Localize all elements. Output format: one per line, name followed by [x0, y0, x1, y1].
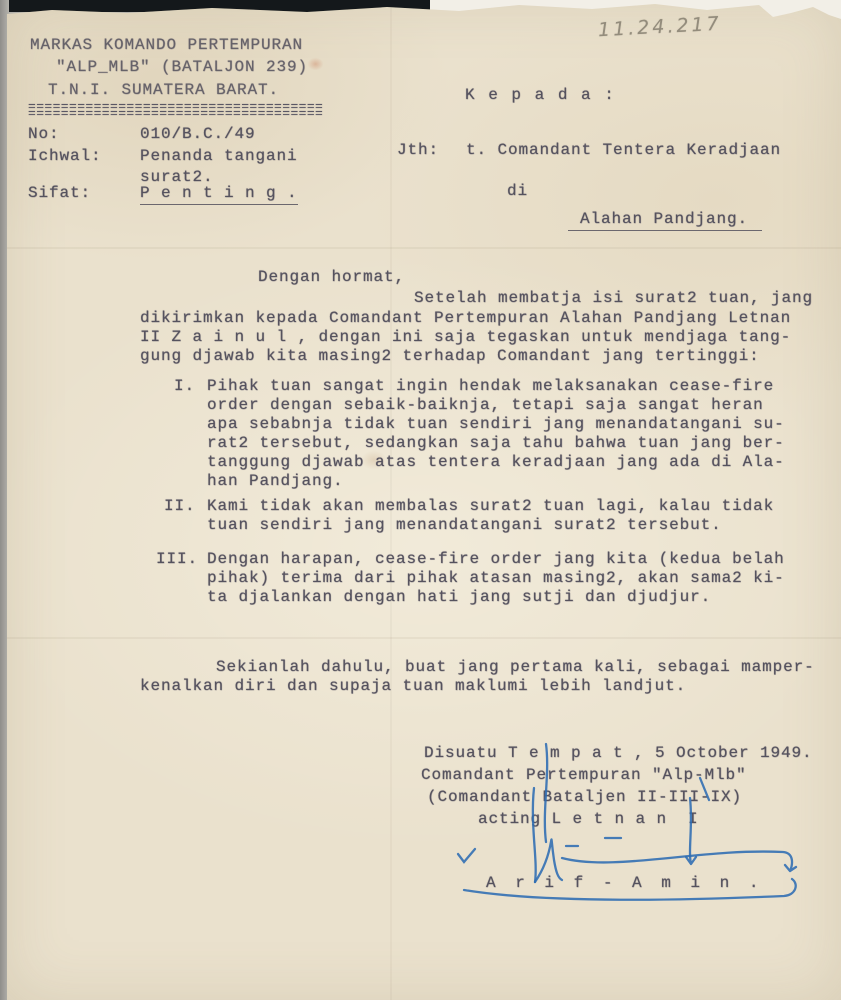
body-line: order dengan sebaik-baiknja, tetapi saja… — [207, 396, 764, 415]
point-numeral: I. — [174, 377, 195, 396]
body-line: ta djalankan dengan hati jang sutji dan … — [207, 588, 711, 607]
body-line: Dengan harapan, cease-fire order jang ki… — [207, 550, 785, 569]
body-line: han Pandjang. — [207, 472, 344, 491]
body-line: gung djawab kita masing2 terhadap Comand… — [140, 347, 760, 366]
paper-crease — [7, 637, 841, 639]
letterhead-line-3: T.N.I. SUMATERA BARAT. — [48, 81, 279, 100]
body-line: Sekianlah dahulu, buat jang pertama kali… — [216, 658, 815, 677]
recipient-di: di — [507, 182, 528, 201]
body-line: II Z a i n u l , dengan ini saja tegaska… — [140, 328, 791, 347]
recipient-place: Alahan Pandjang. — [568, 210, 762, 231]
ref-nature-value: P e n t i n g . — [140, 184, 298, 205]
body-line: Kami tidak akan membalas surat2 tuan lag… — [207, 497, 774, 516]
body-line: tanggung djawab atas tentera keradjaan j… — [207, 453, 785, 472]
body-line: Setelah membatja isi surat2 tuan, jang — [414, 289, 813, 308]
salutation: Dengan hormat, — [258, 268, 405, 287]
body-line: dikirimkan kepada Comandant Pertempuran … — [140, 309, 791, 328]
ref-subject-value: Penanda tangani — [140, 147, 298, 166]
letterhead-divider: ==================================== — [28, 110, 323, 117]
ref-no-label: No: — [28, 125, 60, 144]
body-line: pihak) terima dari pihak atasan masing2,… — [207, 569, 785, 588]
letterhead-line-2: "ALP_MLB" (BATALJON 239) — [56, 58, 308, 77]
recipient-addressee: t. Comandant Tentera Keradjaan — [466, 141, 781, 160]
ref-subject-label: Ichwal: — [28, 147, 102, 166]
body-line: apa sebabnja tidak tuan sendiri jang men… — [207, 415, 785, 434]
letterhead-line-1: MARKAS KOMANDO PERTEMPURAN — [30, 36, 303, 55]
recipient-jth-label: Jth: — [397, 141, 439, 160]
paper-crease — [7, 247, 841, 249]
handwritten-signature-ink — [400, 730, 841, 930]
ref-nature-label: Sifat: — [28, 184, 91, 203]
body-line: tuan sendiri jang menandatangani surat2 … — [207, 516, 722, 535]
scanned-letter-page: { "pencil_note": "11.24.217", "letterhea… — [0, 0, 841, 1000]
body-line: kenalkan diri dan supaja tuan maklumi le… — [140, 677, 686, 696]
point-numeral: III. — [156, 550, 198, 569]
point-numeral: II. — [164, 497, 196, 516]
body-line: rat2 tersebut, sedangkan saja tahu bahwa… — [207, 434, 785, 453]
body-line: Pihak tuan sangat ingin hendak melaksana… — [207, 377, 774, 396]
recipient-heading: K e p a d a : — [465, 86, 616, 105]
ref-no-value: 010/B.C./49 — [140, 125, 256, 144]
